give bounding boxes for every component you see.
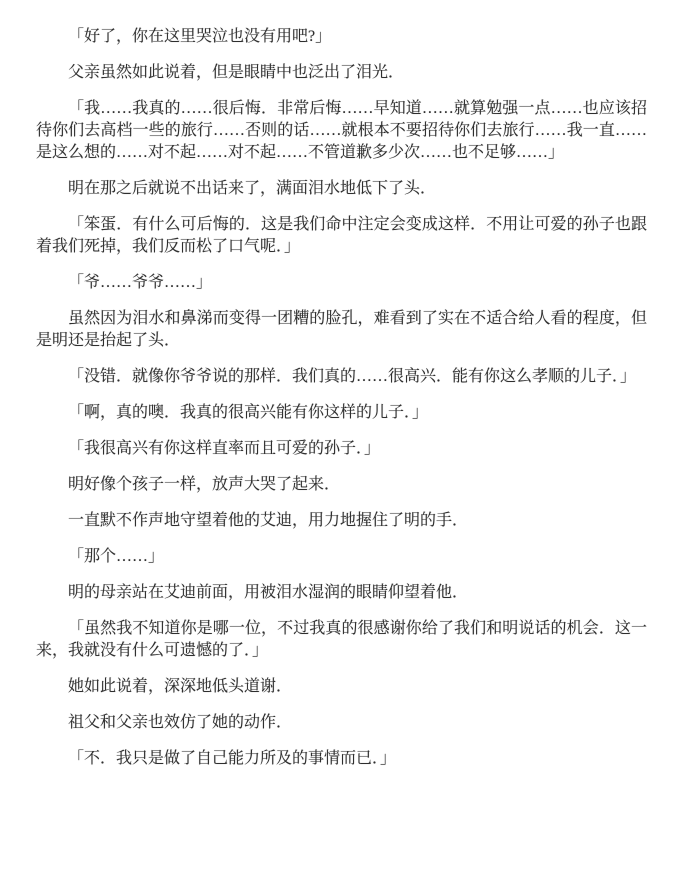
paragraph: 「好了，你在这里哭泣也没有用吧?」	[36, 26, 647, 48]
paragraph: 「啊，真的噢．我真的很高兴能有你这样的儿子．」	[36, 402, 647, 424]
paragraph: 「不．我只是做了自己能力所及的事情而已．」	[36, 748, 647, 770]
paragraph: 明的母亲站在艾迪前面，用被泪水湿润的眼睛仰望着他．	[36, 582, 647, 604]
paragraph: 她如此说着，深深地低头道谢．	[36, 676, 647, 698]
document-page: 「好了，你在这里哭泣也没有用吧?」父亲虽然如此说着，但是眼睛中也泛出了泪光．「我…	[0, 0, 680, 880]
paragraph: 「虽然我不知道你是哪一位，不过我真的很感谢你给了我们和明说话的机会．这一来，我就…	[36, 618, 647, 662]
paragraph: 「爷……爷爷……」	[36, 272, 647, 294]
paragraph: 祖父和父亲也效仿了她的动作．	[36, 712, 647, 734]
paragraph: 父亲虽然如此说着，但是眼睛中也泛出了泪光．	[36, 62, 647, 84]
paragraph: 「没错．就像你爷爷说的那样．我们真的……很高兴．能有你这么孝顺的儿子．」	[36, 366, 647, 388]
paragraph: 「那个……」	[36, 546, 647, 568]
paragraph: 「我很高兴有你这样直率而且可爱的孙子．」	[36, 438, 647, 460]
document-text-body: 「好了，你在这里哭泣也没有用吧?」父亲虽然如此说着，但是眼睛中也泛出了泪光．「我…	[0, 0, 680, 770]
paragraph: 虽然因为泪水和鼻涕而变得一团糟的脸孔，难看到了实在不适合给人看的程度，但是明还是…	[36, 308, 647, 352]
paragraph: 明好像个孩子一样，放声大哭了起来．	[36, 474, 647, 496]
paragraph: 「笨蛋．有什么可后悔的．这是我们命中注定会变成这样．不用让可爱的孙子也跟着我们死…	[36, 214, 647, 258]
paragraph: 明在那之后就说不出话来了，满面泪水地低下了头．	[36, 178, 647, 200]
paragraph: 一直默不作声地守望着他的艾迪，用力地握住了明的手．	[36, 510, 647, 532]
paragraph: 「我……我真的……很后悔．非常后悔……早知道……就算勉强一点……也应该招待你们去…	[36, 98, 647, 164]
